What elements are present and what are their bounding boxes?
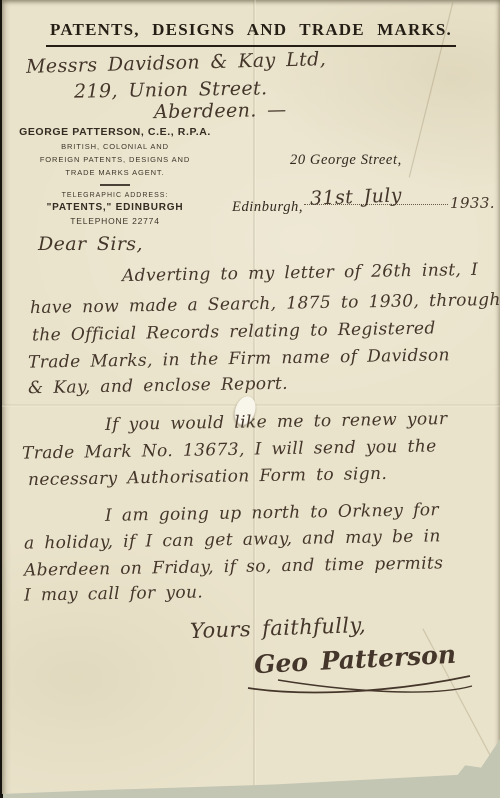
letter-paper: PATENTS, DESIGNS AND TRADE MARKS. Messrs… <box>2 0 500 798</box>
body-line: Aberdeen on Friday, if so, and time perm… <box>24 553 444 580</box>
salutation: Dear Sirs, <box>38 233 143 255</box>
body-line: & Kay, and enclose Report. <box>28 374 288 399</box>
letterhead-block: GEORGE PATTERSON, C.E., R.P.A. BRITISH, … <box>8 126 222 226</box>
letterhead-descriptor-1: BRITISH, COLONIAL AND <box>8 142 222 151</box>
scanned-letter: PATENTS, DESIGNS AND TRADE MARKS. Messrs… <box>0 0 500 798</box>
letterhead-agent-name: GEORGE PATTERSON, C.E., R.P.A. <box>8 126 222 138</box>
body-line: Adverting to my letter of 26th inst, I <box>122 260 479 286</box>
sender-city: Edinburgh, <box>232 199 303 216</box>
letterhead-descriptor-3: TRADE MARKS AGENT. <box>8 168 222 177</box>
body-line: a holiday, if I can get away, and may be… <box>24 526 441 553</box>
sender-street: 20 George Street, <box>290 152 402 169</box>
signature-flourish <box>244 672 474 700</box>
closing: Yours faithfully, <box>190 613 367 643</box>
body-line: Trade Marks, in the Firm name of Davidso… <box>28 345 450 372</box>
letter-header-title: PATENTS, DESIGNS AND TRADE MARKS. <box>2 20 500 47</box>
body-line: I may call for you. <box>24 582 203 605</box>
body-line: I am going up north to Orkney for <box>105 500 439 526</box>
recipient-name: Messrs Davidson & Kay Ltd, <box>26 48 327 78</box>
date-year: 1933. <box>450 194 495 212</box>
body-line: Trade Mark No. 13673, I will send you th… <box>22 436 437 463</box>
telegraphic-address-value: "PATENTS," EDINBURGH <box>8 202 222 213</box>
letterhead-divider <box>100 184 130 186</box>
telegraphic-address-label: TELEGRAPHIC ADDRESS: <box>8 192 222 199</box>
letter-header-title-text: PATENTS, DESIGNS AND TRADE MARKS. <box>46 20 456 47</box>
recipient-city: Aberdeen. — <box>154 99 287 123</box>
body-line: have now made a Search, 1875 to 1930, th… <box>30 290 500 318</box>
body-line: the Official Records relating to Registe… <box>32 318 436 345</box>
letterhead-descriptor-2: FOREIGN PATENTS, DESIGNS AND <box>8 155 222 164</box>
date-handwritten: 31st July <box>310 184 403 209</box>
body-line: necessary Authorisation Form to sign. <box>28 464 388 490</box>
body-line: If you would like me to renew your <box>105 409 448 435</box>
telephone-number: TELEPHONE 22774 <box>8 216 222 226</box>
